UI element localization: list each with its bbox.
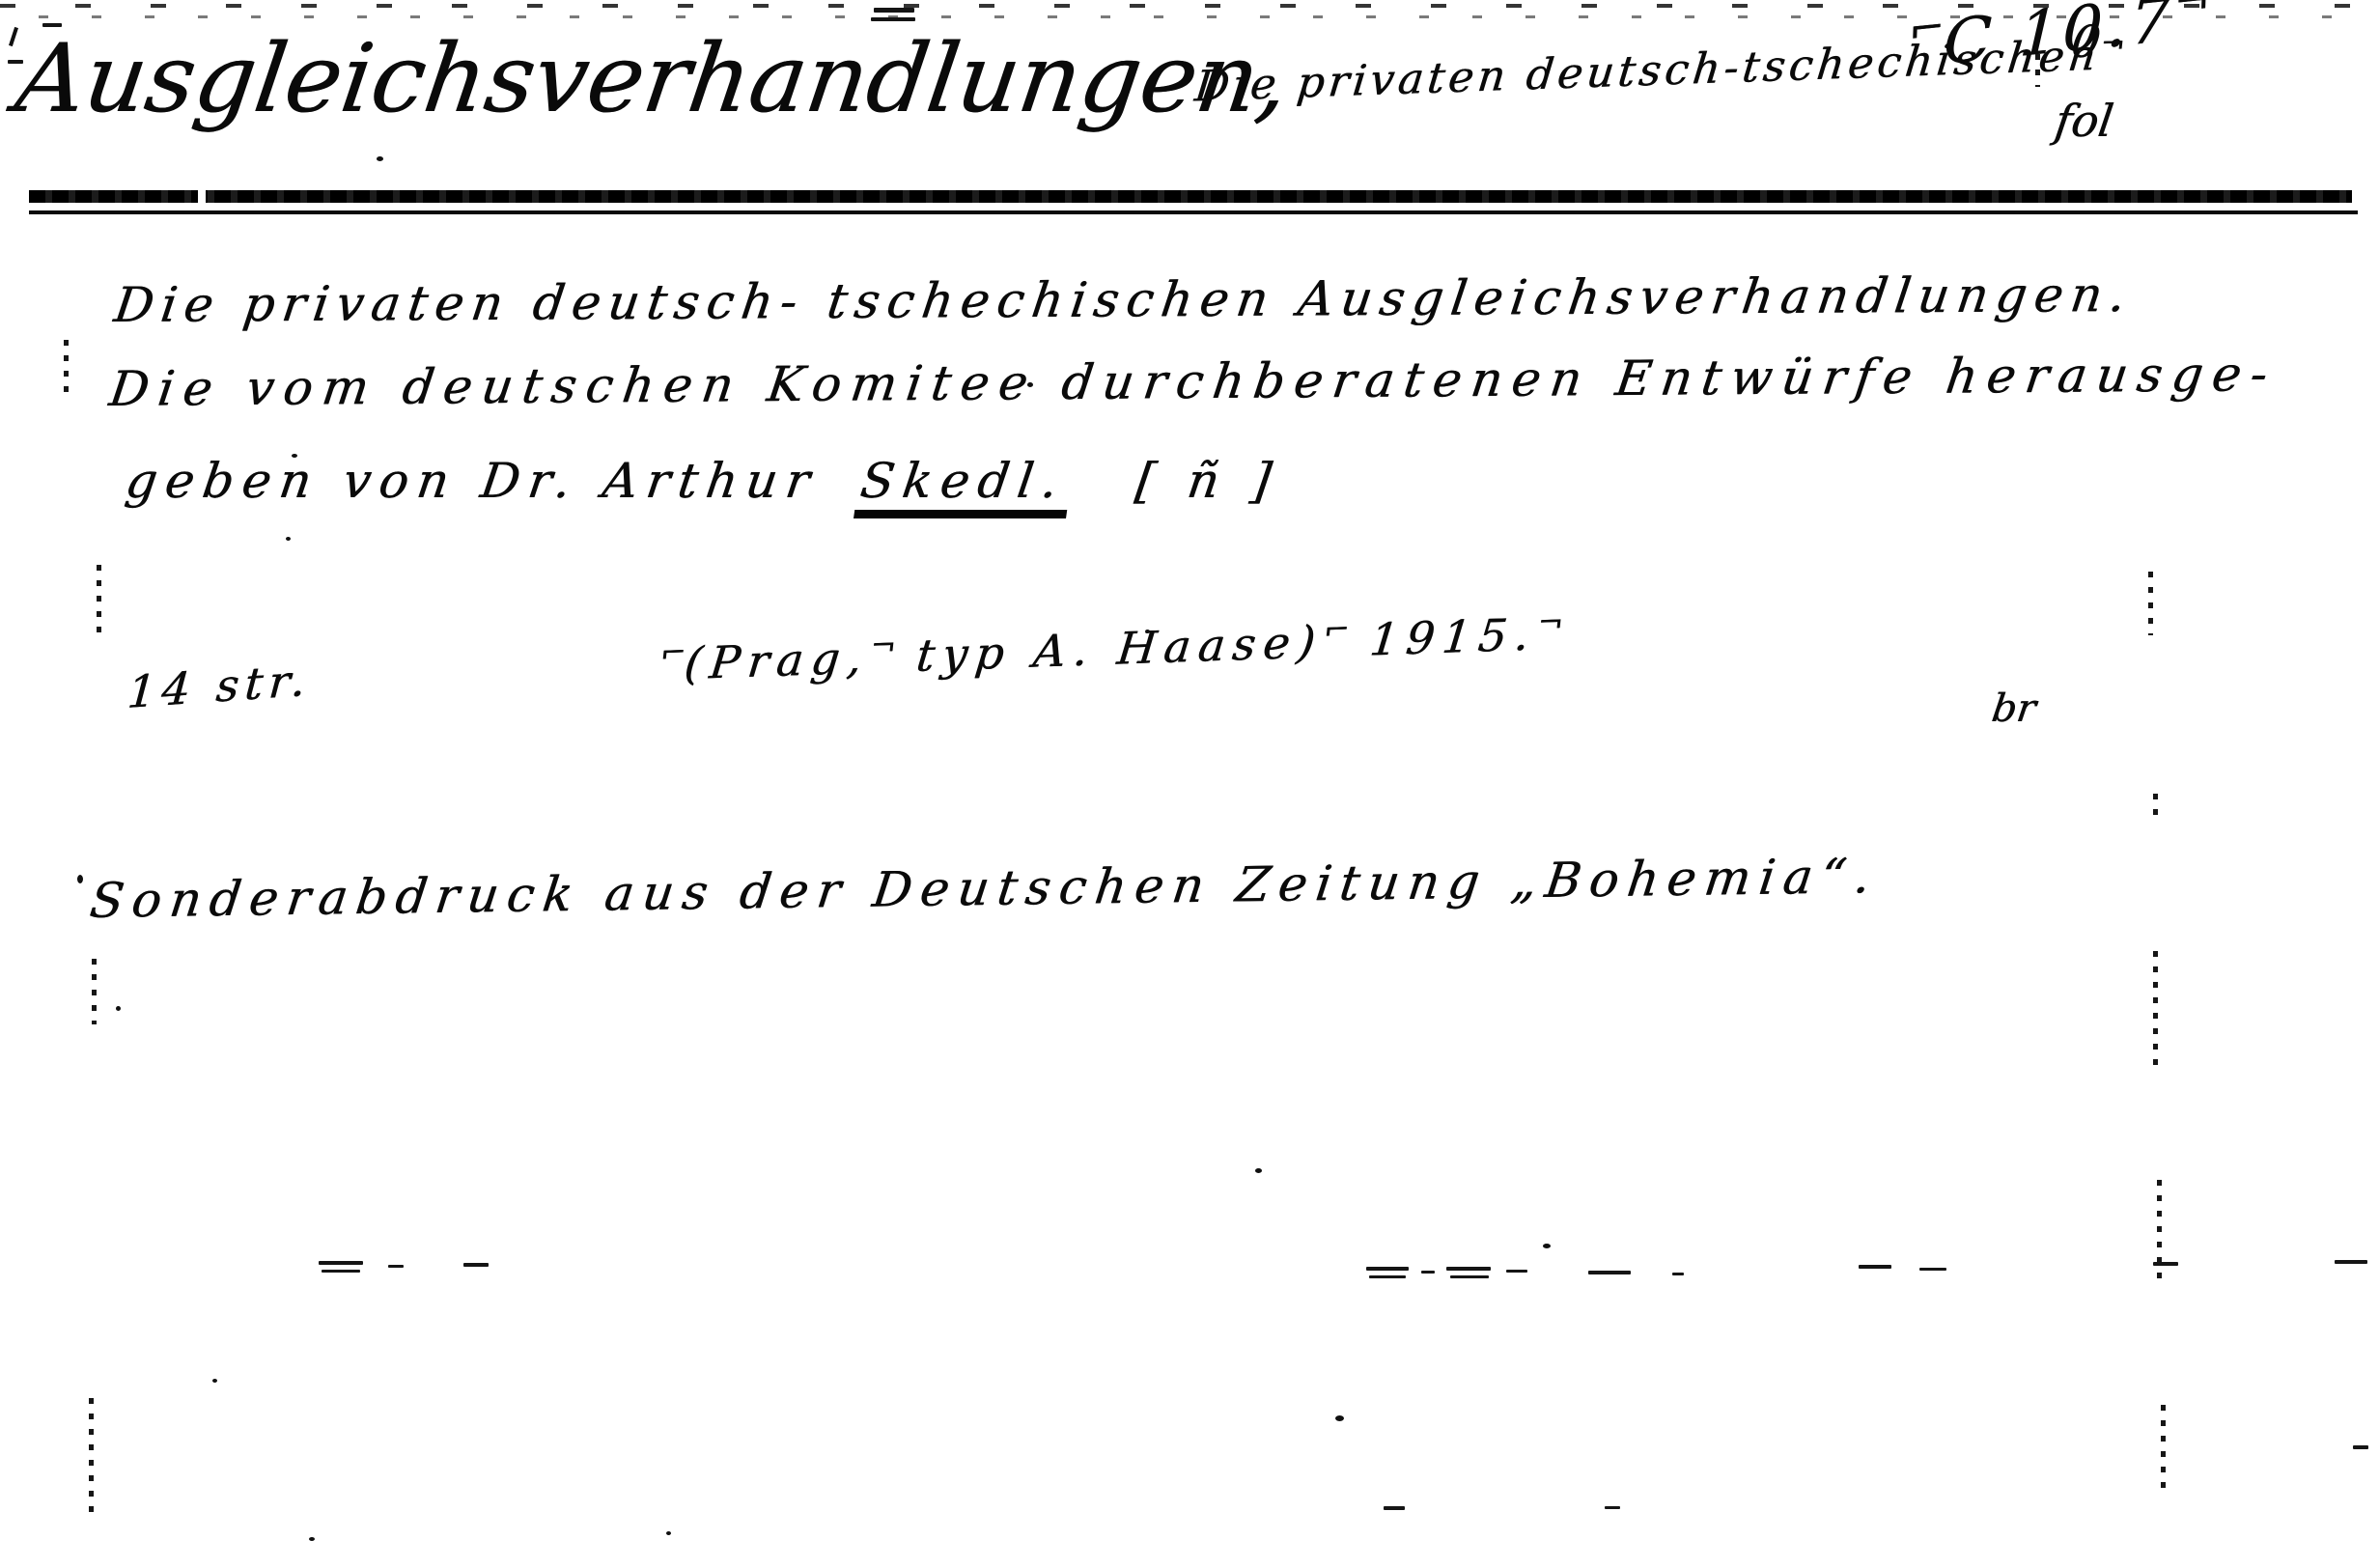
extent-note: 14 str. <box>126 656 313 718</box>
scan-artifact <box>77 875 83 883</box>
divider-rule-thin <box>29 210 2358 214</box>
scan-artifact <box>1588 1271 1631 1274</box>
scan-artifact <box>2148 572 2153 635</box>
annotation-bracket: [ ñ ] <box>1133 453 1283 509</box>
scan-artifact <box>2353 1445 2368 1449</box>
scan-artifact <box>42 23 62 27</box>
imprint-line: ⌐(Prag,¬ typ A. Haase)⌐ 1915.¬ <box>657 606 1565 690</box>
scan-artifact <box>89 1398 94 1512</box>
scan-artifact <box>212 1379 217 1383</box>
scan-artifact <box>97 565 101 632</box>
scan-artifact <box>1506 1270 1527 1273</box>
scan-artifact <box>2157 1180 2162 1288</box>
scan-artifact <box>1859 1265 1891 1269</box>
binding-note: br <box>1989 687 2038 731</box>
scan-artifact <box>2035 54 2040 87</box>
scan-artifact <box>874 8 914 13</box>
scan-artifact <box>871 17 915 21</box>
scan-artifact <box>377 156 383 161</box>
scan-artifact <box>1369 1275 1406 1278</box>
title-line-1: Die privaten deutsch- tschechischen Ausg… <box>111 267 2137 332</box>
divider-rule-thick <box>29 190 2352 203</box>
scan-artifact <box>2153 951 2158 1067</box>
series-note: Sonderabdruck aus der Deutschen Zeitung … <box>87 849 1882 928</box>
title-line-3: geben von Dr. Arthur Skedl. [ ñ ] <box>121 454 1283 518</box>
scan-artifact <box>1446 1267 1491 1271</box>
scan-artifact <box>309 1537 315 1541</box>
scan-artifact <box>2153 794 2158 819</box>
scan-artifact <box>388 1265 404 1268</box>
scan-artifact <box>1366 1267 1409 1271</box>
scan-artifact <box>1421 1271 1435 1274</box>
scan-artifact <box>666 1531 671 1535</box>
author-name-underlined: Skedl. <box>854 454 1075 518</box>
scan-artifact <box>1672 1273 1684 1275</box>
scan-artifact <box>9 27 18 46</box>
scan-artifact <box>1543 1244 1551 1248</box>
scan-artifact <box>1145 630 1150 633</box>
scan-artifact <box>1255 1168 1262 1173</box>
title-line-3-text: geben von Dr. Arthur <box>122 453 822 509</box>
format-note: fol <box>2052 97 2116 147</box>
scan-artifact <box>286 537 291 541</box>
scan-artifact <box>116 1006 121 1011</box>
scan-artifact <box>1027 382 1033 387</box>
scan-artifact <box>1605 1506 1620 1509</box>
title-line-2: Die vom deutschen Komitee durchberatenen… <box>106 347 2281 416</box>
scan-artifact <box>1335 1415 1344 1421</box>
scan-artifact <box>319 1261 363 1265</box>
scanned-catalog-card: Ausgleichsverhandlungen, Die privaten de… <box>0 0 2379 1568</box>
main-heading: Ausgleichsverhandlungen, <box>10 27 1295 133</box>
scan-artifact <box>463 1263 489 1267</box>
scan-artifact <box>322 1270 360 1273</box>
scan-artifact <box>1919 1268 1946 1271</box>
divider-rule-gap <box>198 188 206 205</box>
scan-artifact <box>92 959 97 1024</box>
scan-artifact <box>1384 1506 1405 1510</box>
scan-artifact <box>292 454 297 458</box>
scan-artifact <box>2161 1405 2166 1490</box>
scan-artifact <box>64 340 69 398</box>
scan-artifact <box>1450 1275 1489 1278</box>
scan-artifact <box>2335 1260 2367 1264</box>
scan-artifact <box>8 60 23 64</box>
